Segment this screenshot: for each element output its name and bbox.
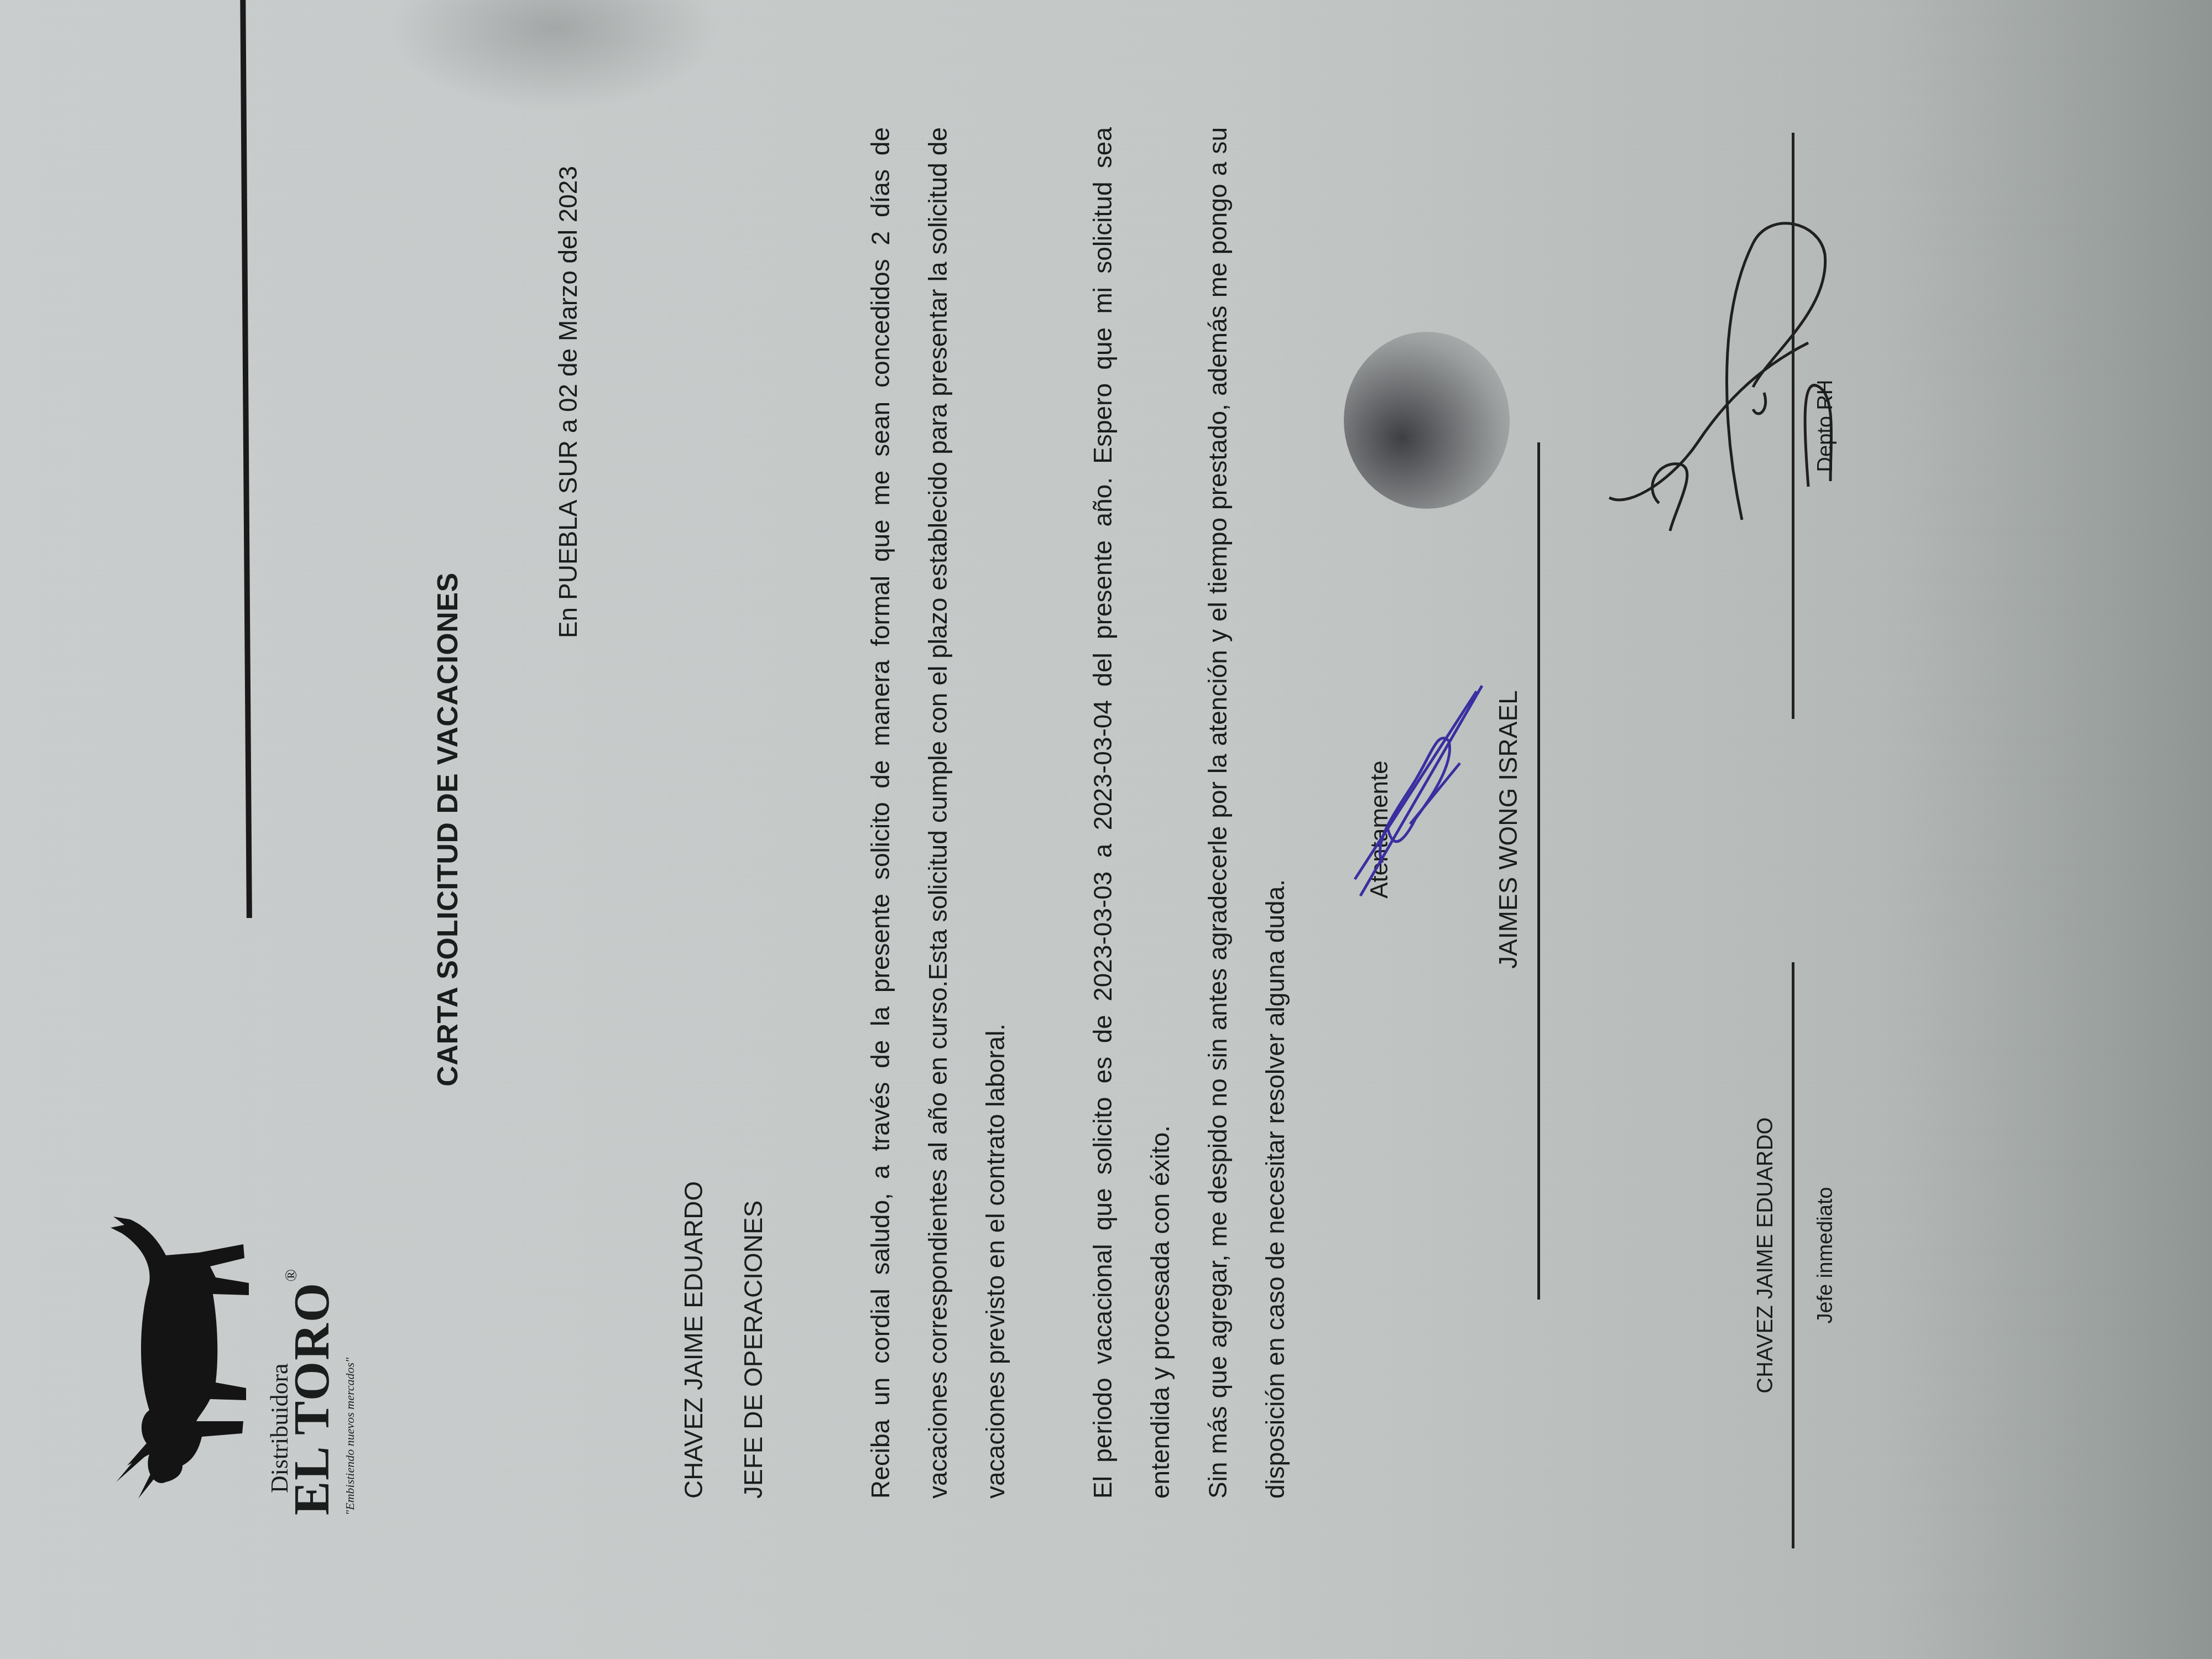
document-title: CARTA SOLICITUD DE VACACIONES — [431, 0, 465, 1659]
company-tagline: "Embistiendo nuevos mercados" — [343, 1358, 357, 1515]
place-date: En PUEBLA SUR a 02 de Marzo del 2023 — [553, 166, 583, 638]
letter-page: Distribuidora EL TORO® "Embistiendo nuev… — [0, 0, 2212, 1659]
employee-name: JAIMES WONG ISRAEL — [1493, 0, 1523, 1659]
supervisor-name: CHAVEZ JAIME EDUARDO — [1753, 962, 1778, 1548]
hr-role: Depto RH — [1814, 133, 1838, 719]
hr-signature-line — [1792, 133, 1794, 719]
print-bleed-through — [387, 0, 719, 111]
registered-mark-icon: ® — [282, 1268, 300, 1282]
body-paragraph: Reciba un cordial saludo, a través de la… — [852, 127, 1024, 1499]
company-name: EL TORO® — [282, 1268, 341, 1515]
body-paragraph: El periodo vacacional que solicito es de… — [1074, 127, 1189, 1499]
recipient-name: CHAVEZ JAIME EDUARDO — [664, 1181, 723, 1499]
company-name-text: EL TORO — [283, 1282, 340, 1515]
letter-body: Reciba un cordial saludo, a través de la… — [852, 127, 1304, 1499]
body-paragraph: Sin más que agregar, me despido no sin a… — [1189, 127, 1304, 1499]
letterhead: Distribuidora EL TORO® "Embistiendo nuev… — [100, 33, 332, 1582]
employee-signature-line — [1537, 442, 1540, 1300]
supervisor-role: Jefe inmediato — [1814, 962, 1838, 1548]
fingerprint-icon — [1344, 332, 1510, 509]
recipient-position: JEFE DE OPERACIONES — [723, 1181, 783, 1499]
recipient-block: CHAVEZ JAIME EDUARDO JEFE DE OPERACIONES — [664, 1181, 783, 1499]
bull-icon — [100, 1194, 265, 1504]
company-logo: Distribuidora EL TORO® "Embistiendo nuev… — [100, 1084, 332, 1582]
hr-signature-icon — [1587, 210, 1853, 553]
supervisor-signature-line — [1792, 962, 1794, 1548]
employee-signature-icon — [1349, 675, 1493, 907]
header-divider — [240, 0, 252, 918]
